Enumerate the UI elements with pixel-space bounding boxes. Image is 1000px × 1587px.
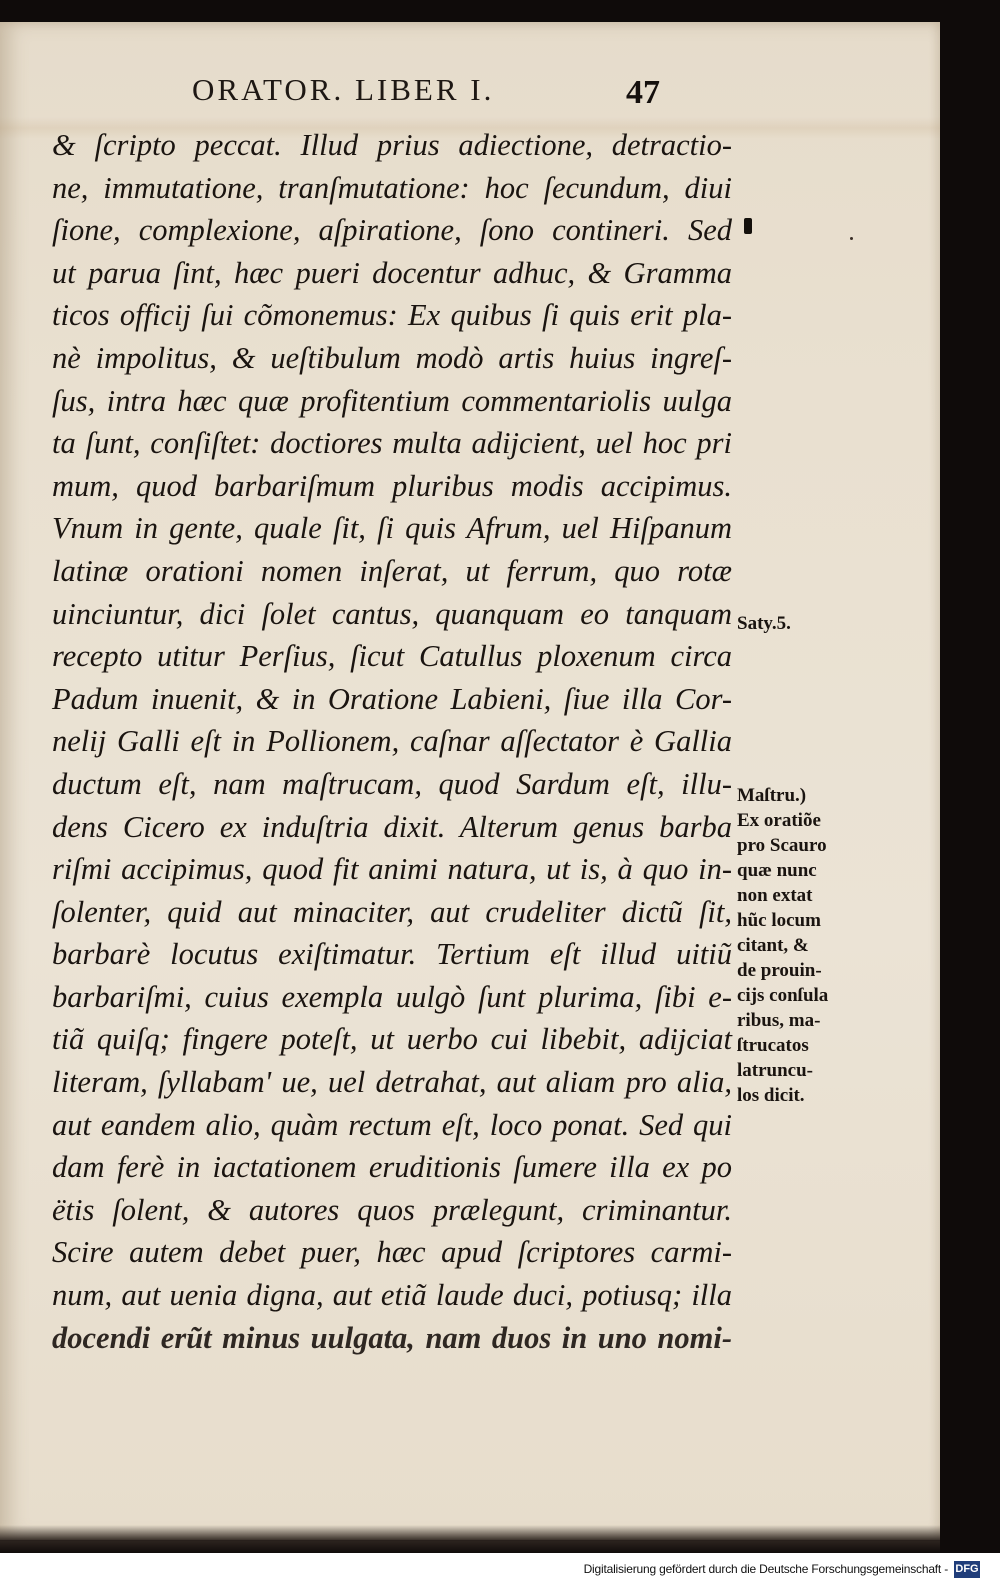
text-line: mum, quod barbariſmum pluribus modis acc… <box>52 465 732 508</box>
margin-note-saty: Saty.5. <box>737 611 867 636</box>
text-line: dens Cicero ex induſtria dixit. Alterum … <box>52 806 732 849</box>
text-line: docendi erũt minus uulgata, nam duos in … <box>52 1317 732 1360</box>
margin-note-line: de prouin- <box>737 958 867 983</box>
text-line: ſolenter, quid aut minaciter, aut crudel… <box>52 891 732 934</box>
page-bottom-shadow <box>0 1525 940 1553</box>
text-line: barbariſmi, cuius exempla uulgò ſunt plu… <box>52 976 732 1019</box>
running-head: ORATOR. LIBER I. <box>192 72 494 112</box>
text-line: & ſcripto peccat. Illud prius adiectione… <box>52 124 732 167</box>
text-line: ta ſunt, conſiſtet: doctiores multa adij… <box>52 422 732 465</box>
margin-note-line: cijs conſula <box>737 983 867 1008</box>
body-text: & ſcripto peccat. Illud prius adiectione… <box>52 124 732 1359</box>
text-line: barbarè locutus exiſtimatur. Tertium eſt… <box>52 933 732 976</box>
text-line: ut parua ſint, hæc pueri docentur adhuc,… <box>52 252 732 295</box>
margin-note-line: quæ nunc <box>737 858 867 883</box>
text-line: Padum inuenit, & in Oratione Labieni, ſi… <box>52 678 732 721</box>
margin-note-mastruca: Maſtru.) Ex oratiõe pro Scauro quæ nunc … <box>737 783 867 1108</box>
text-line: tiã quiſq; fingere poteſt, ut uerbo cui … <box>52 1018 732 1061</box>
text-line: ne, immutatione, tranſmutatione: hoc ſec… <box>52 167 732 210</box>
text-line: latinæ orationi nomen inſerat, ut ferrum… <box>52 550 732 593</box>
page-number: 47 <box>626 74 660 112</box>
margin-note-line: pro Scauro <box>737 833 867 858</box>
margin-mark-icon <box>744 218 752 234</box>
text-line: ductum eſt, nam maſtrucam, quod Sardum e… <box>52 763 732 806</box>
text-line: Vnum in gente, quale ſit, ſi quis Afrum,… <box>52 507 732 550</box>
text-line: num, aut uenia digna, aut etiã laude duc… <box>52 1274 732 1317</box>
margin-note-line: latruncu- <box>737 1058 867 1083</box>
funding-credit: Digitalisierung gefördert durch die Deut… <box>584 1562 948 1576</box>
margin-note-line: ribus, ma- <box>737 1008 867 1033</box>
text-line: Scire autem debet puer, hæc apud ſcripto… <box>52 1231 732 1274</box>
text-line: recepto utitur Perſius, ſicut Catullus p… <box>52 635 732 678</box>
text-line: ëtis ſolent, & autores quos prælegunt, c… <box>52 1189 732 1232</box>
margin-note-line: los dicit. <box>737 1083 867 1108</box>
margin-note-line: non extat <box>737 883 867 908</box>
dfg-logo-icon: DFG <box>954 1561 980 1578</box>
margin-note-line: Maſtru.) <box>737 783 867 808</box>
text-line: dam ferè in iactationem eruditionis ſume… <box>52 1146 732 1189</box>
margin-note-line: ſtrucatos <box>737 1033 867 1058</box>
text-line: ſus, intra hæc quæ profitentium commenta… <box>52 380 732 423</box>
text-line: literam, ſyllabam' ue, uel detrahat, aut… <box>52 1061 732 1104</box>
margin-note-line: hũc locum <box>737 908 867 933</box>
text-line: nè impolitus, & ueſtibulum modò artis hu… <box>52 337 732 380</box>
text-line: nelij Galli eſt in Pollionem, caſnar aſſ… <box>52 720 732 763</box>
margin-note-line: citant, & <box>737 933 867 958</box>
margin-note-line: Ex oratiõe <box>737 808 867 833</box>
text-line: ſione, complexione, aſpiratione, ſono co… <box>52 209 732 252</box>
margin-dot-icon <box>850 237 853 240</box>
footer-bar: Digitalisierung gefördert durch die Deut… <box>0 1553 1000 1587</box>
text-line: uinciuntur, dici ſolet cantus, quanquam … <box>52 593 732 636</box>
text-line: aut eandem alio, quàm rectum eſt, loco p… <box>52 1104 732 1147</box>
text-line: riſmi accipimus, quod fit animi natura, … <box>52 848 732 891</box>
text-line: ticos officij ſui cõmonemus: Ex quibus ſ… <box>52 294 732 337</box>
